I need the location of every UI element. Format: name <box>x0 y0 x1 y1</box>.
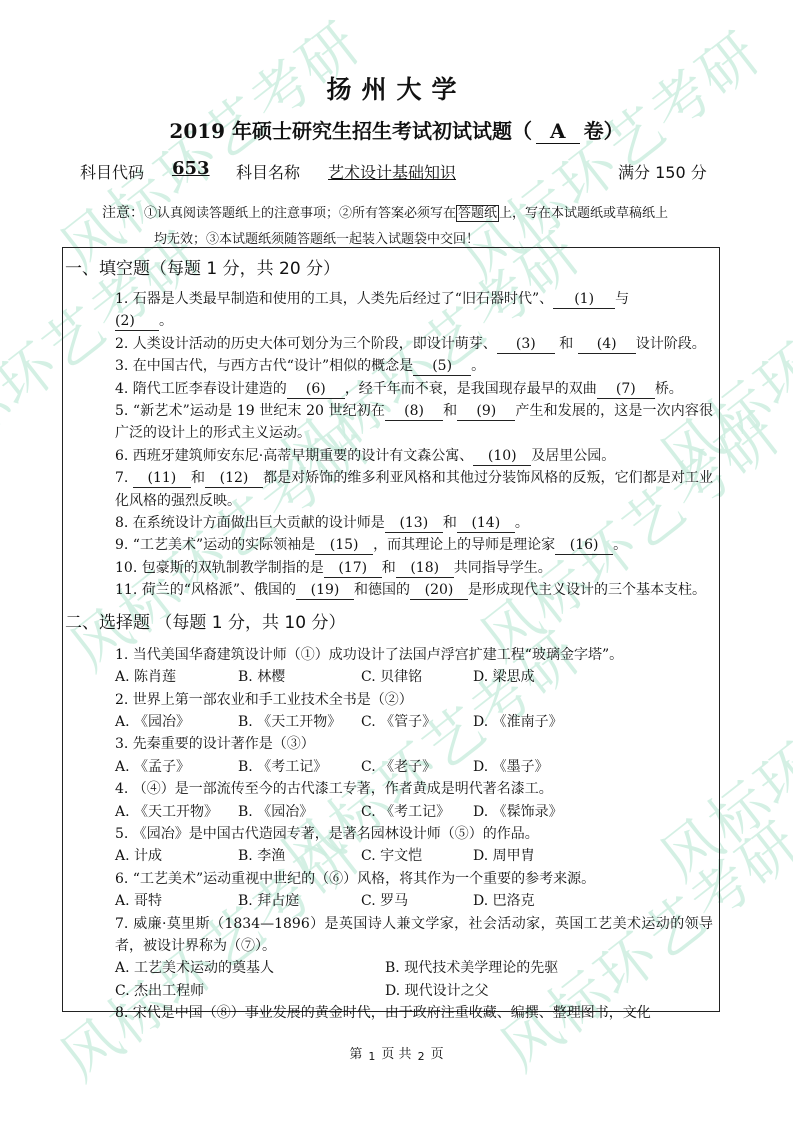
choice-question: 2. 世界上第一部农业和手工业技术全书是（②） <box>63 689 719 711</box>
notice: 注意：①认真阅读答题纸上的注意事项；②所有答案必须写在答题纸上，写在本试题纸或草… <box>102 200 722 253</box>
choice-options: A. 《天工开物》B. 《园冶》C. 《考工记》D. 《髹饰录》 <box>63 801 719 823</box>
code-label: 科目代码 <box>80 160 144 183</box>
score-label: 满分 150 分 <box>618 160 707 183</box>
question-item: 2. 人类设计活动的历史大体可划分为三个阶段，即设计萌芽、(3) 和 (4)设计… <box>63 333 719 355</box>
choice-options: C. 杰出工程师D. 现代设计之父 <box>63 980 719 1002</box>
question-box: 一、填空题（每题 1 分，共 20 分） 1. 石器是人类最早制造和使用的工具，… <box>62 247 720 1012</box>
choice-options: A. 《园冶》B. 《天工开物》C. 《管子》D. 《淮南子》 <box>63 711 719 733</box>
name-value: 艺术设计基础知识 <box>328 160 456 183</box>
question-item: 3. 在中国古代，与西方古代“设计”相似的概念是(5)。 <box>63 355 719 377</box>
exam-page: 扬州大学 2019 年硕士研究生招生考试初试试题（A卷） 科目代码 653 科目… <box>0 0 793 1122</box>
page-footer: 第1页 共2页 <box>0 1043 793 1062</box>
choice-question: 3. 先秦重要的设计著作是（③） <box>63 733 719 755</box>
question-item: 4. 隋代工匠李春设计建造的(6)，经千年而不衰，是我国现存最早的双曲(7)桥。 <box>63 378 719 400</box>
choice-question: 8. 宋代是中国（⑧）事业发展的黄金时代，由于政府注重收藏、编撰、整理图书，文化 <box>63 1002 719 1024</box>
question-item: 9. “工艺美术”运动的实际领袖是(15)，而其理论上的导师是理论家(16)。 <box>63 534 719 556</box>
choice-question: 4. （④）是一部流传至今的古代漆工专著，作者黄成是明代著名漆工。 <box>63 778 719 800</box>
choice-options: A. 工艺美术运动的奠基人B. 现代技术美学理论的先驱 <box>63 957 719 979</box>
question-item: 8. 在系统设计方面做出巨大贡献的设计师是(13)和(14)。 <box>63 512 719 534</box>
code-value: 653 <box>172 158 210 179</box>
question-item: 11. 荷兰的“风格派”、俄国的(19)和德国的(20)是形成现代主义设计的三个… <box>63 579 719 601</box>
name-label: 科目名称 <box>236 160 300 183</box>
choice-options: A. 陈肖莲B. 林樱C. 贝律铭D. 梁思成 <box>63 666 719 688</box>
choice-question: 6. “工艺美术”运动重视中世纪的（⑥）风格，将其作为一个重要的参考来源。 <box>63 868 719 890</box>
question-item: 1. 石器是人类最早制造和使用的工具，人类先后经过了“旧石器时代”、(1)与(2… <box>63 288 719 333</box>
choice-options: A. 哥特B. 拜占庭C. 罗马D. 巴洛克 <box>63 890 719 912</box>
question-item: 10. 包豪斯的双轨制教学制指的是(17)和(18)共同指导学生。 <box>63 557 719 579</box>
choice-question: 7. 威廉·莫里斯（1834—1896）是英国诗人兼文学家，社会活动家，英国工艺… <box>63 913 719 958</box>
choice-question: 5. 《园冶》是中国古代造园专著，是著名园林设计师（⑤）的作品。 <box>63 823 719 845</box>
question-item: 6. 西班牙建筑师安东尼·高蒂早期重要的设计有文森公寓、(10)及居里公园。 <box>63 445 719 467</box>
choice-options: A. 计成B. 李渔C. 宇文恺D. 周甲胄 <box>63 845 719 867</box>
answer-sheet-boxed: 答题纸 <box>456 205 499 222</box>
section-title-fill-blank: 一、填空题（每题 1 分，共 20 分） <box>63 256 719 282</box>
question-item: 5. “新艺术”运动是 19 世纪末 20 世纪初在(8)和(9)产生和发展的，… <box>63 400 719 445</box>
total-pages: 2 <box>418 1050 425 1063</box>
volume-label: A <box>536 119 580 144</box>
question-item: 7. (11)和(12)都是对矫饰的维多利亚风格和其他过分装饰风格的反叛，它们都… <box>63 467 719 512</box>
choice-question: 1. 当代美国华裔建筑设计师（①）成功设计了法国卢浮宫扩建工程“玻璃金字塔”。 <box>63 644 719 666</box>
section-title-choice: 二、选择题 （每题 1 分，共 10 分） <box>63 610 719 636</box>
choice-options: A. 《孟子》B. 《考工记》C. 《老子》D. 《墨子》 <box>63 756 719 778</box>
university-name: 扬州大学 <box>0 70 793 106</box>
exam-title: 2019 年硕士研究生招生考试初试试题（A卷） <box>0 115 793 144</box>
page-number: 1 <box>368 1050 375 1063</box>
